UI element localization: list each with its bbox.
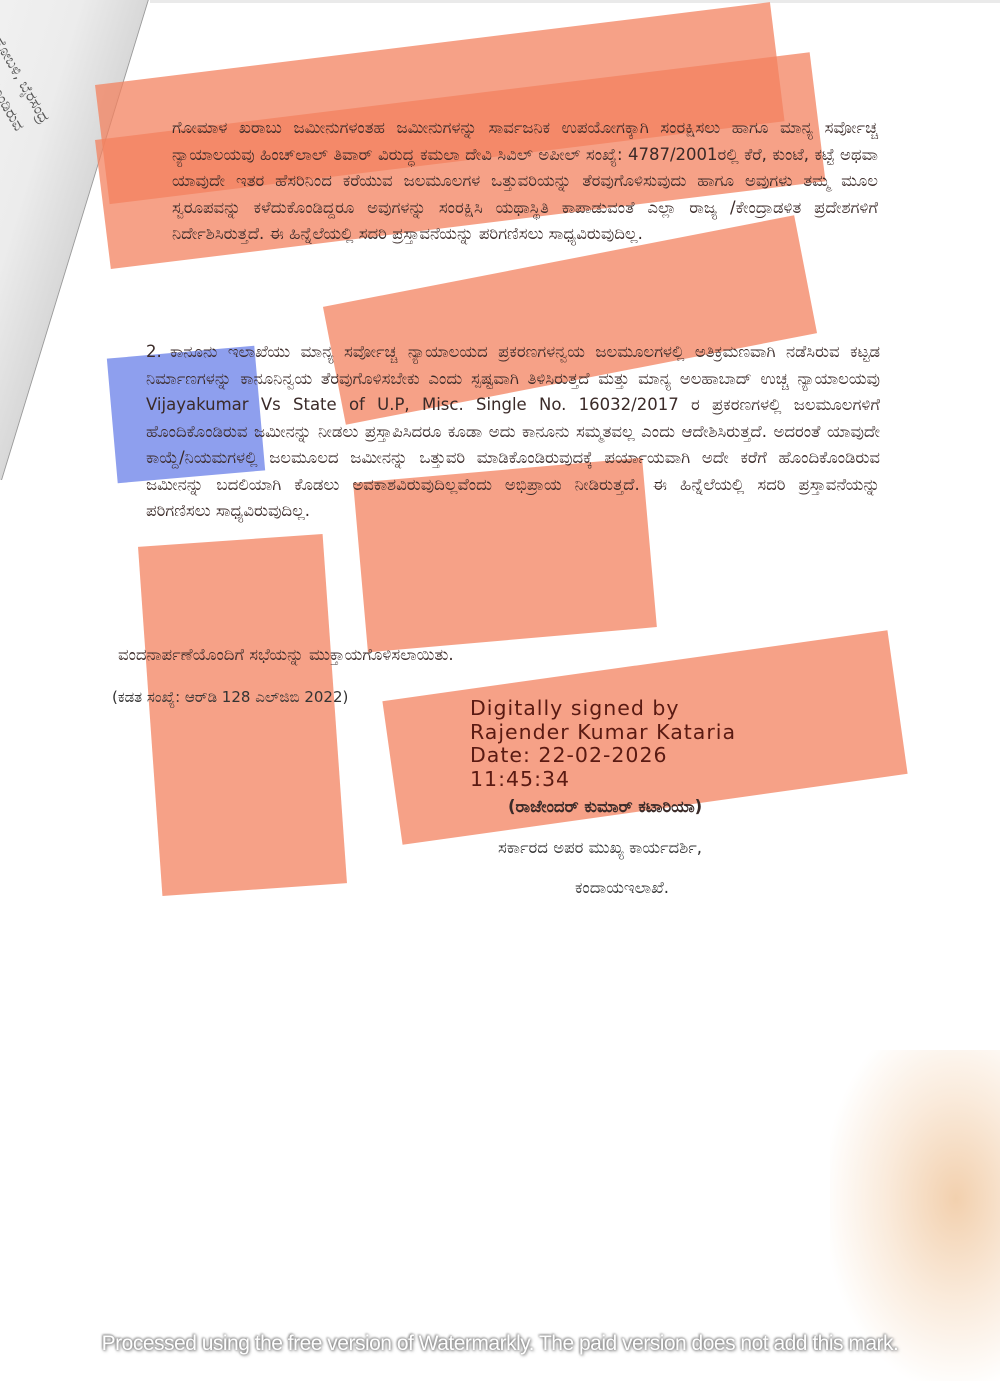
watermark-text: Processed using the free version of Wate… <box>0 1332 1000 1356</box>
paragraph-1: ಗೋಮಾಳ ಖರಾಬು ಜಮೀನುಗಳಂತಹ ಜಮೀನುಗಳನ್ನು ಸಾರ್ವ… <box>172 115 878 248</box>
digital-signature-stamp: Digitally signed by Rajender Kumar Katar… <box>470 697 736 791</box>
page-top-edge <box>150 0 1000 3</box>
file-number: (ಕಡತ ಸಂಖ್ಯೆ: ಆರ್‌ಡಿ 128 ಎಲ್‌ಜಿಬಿ 2022) <box>112 688 348 706</box>
redaction-overlay <box>138 534 347 896</box>
signer-name: (ರಾಜೇಂದರ್ ಕುಮಾರ್ ಕಟಾರಿಯಾ) <box>508 797 702 817</box>
signature-time: 11:45:34 <box>470 768 736 792</box>
signer-department: ಕಂದಾಯಇಲಾಖೆ. <box>575 878 669 898</box>
signature-line: Digitally signed by <box>470 697 736 721</box>
signature-line: Rajender Kumar Kataria <box>470 721 736 745</box>
closing-line: ವಂದನಾರ್ಪಣೆಯೊಂದಿಗೆ ಸಭೆಯನ್ನು ಮುಕ್ತಾಯಗೊಳಿಸಲ… <box>118 645 454 665</box>
paragraph-2-text: ಕಾನೂನು ಇಲಾಖೆಯು ಮಾನ್ಯ ಸರ್ವೋಚ್ಚ ನ್ಯಾಯಾಲಯದ … <box>146 342 880 520</box>
signer-designation: ಸರ್ಕಾರದ ಅಪರ ಮುಖ್ಯ ಕಾರ್ಯದರ್ಶಿ, <box>498 838 702 858</box>
paragraph-number: 2. <box>146 339 170 366</box>
paragraph-2: 2.ಕಾನೂನು ಇಲಾಖೆಯು ಮಾನ್ಯ ಸರ್ವೋಚ್ಚ ನ್ಯಾಯಾಲಯ… <box>146 339 880 525</box>
signature-date: Date: 22-02-2026 <box>470 744 736 768</box>
